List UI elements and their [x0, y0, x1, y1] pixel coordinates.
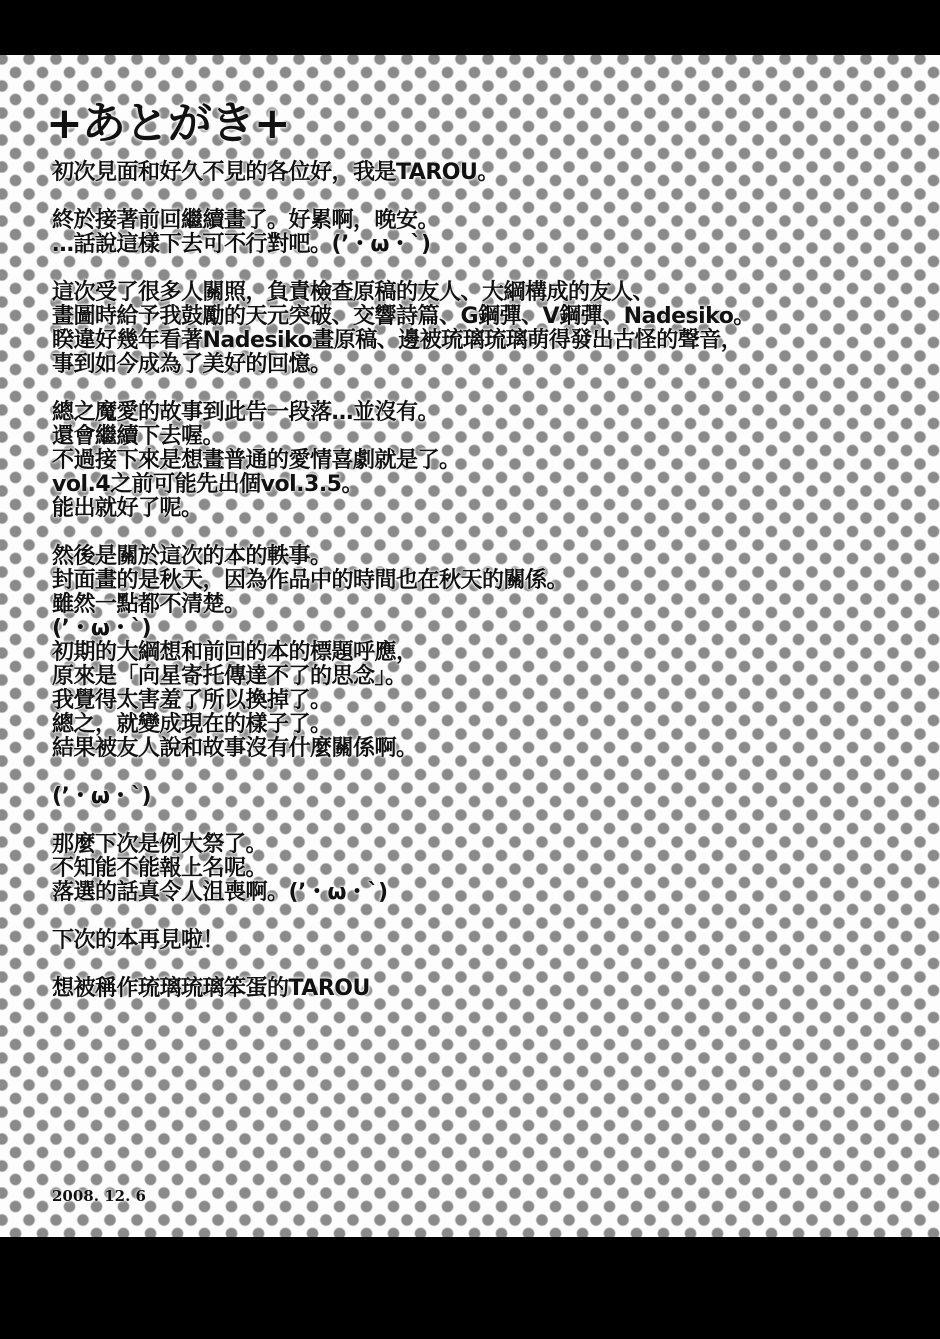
- text-line: (’・ω・`): [52, 617, 912, 641]
- text-line: 封面畫的是秋天，因為作品中的時間也在秋天的關係。: [52, 569, 912, 593]
- text-line: 不知能不能報上名呢。: [52, 857, 912, 881]
- top-black-border: [0, 0, 940, 55]
- paragraph-story-status: 總之魔愛的故事到此告一段落…並沒有。 還會繼續下去喔。 不過接下來是想畫普通的愛…: [52, 401, 912, 521]
- date-stamp: 2008. 12. 6: [52, 1187, 146, 1205]
- text-line: 我覺得太害羞了所以換掉了。: [52, 689, 912, 713]
- paragraph-continuation: 終於接著前回繼續畫了。好累啊，晚安。 …話說這樣下去可不行對吧。(’・ω・`): [52, 209, 912, 257]
- afterword-page: +あとがき+ 初次見面和好久不見的各位好，我是TAROU。 終於接著前回繼續畫了…: [0, 55, 940, 1237]
- text-line: 雖然一點都不清楚。: [52, 593, 912, 617]
- signature-block: 想被稱作琉璃琉璃笨蛋的TAROU: [52, 977, 912, 1001]
- text-line: vol.4之前可能先出個vol.3.5。: [52, 473, 912, 497]
- paragraph-anecdote: 然後是關於這次的本的軼事。 封面畫的是秋天，因為作品中的時間也在秋天的關係。 雖…: [52, 545, 912, 761]
- text-line: 事到如今成為了美好的回憶。: [52, 353, 912, 377]
- text-line: 初次見面和好久不見的各位好，我是TAROU。: [52, 161, 912, 185]
- text-line: 總之魔愛的故事到此告一段落…並沒有。: [52, 401, 912, 425]
- text-line: 結果被友人說和故事沒有什麼關係啊。: [52, 737, 912, 761]
- text-line: 初期的大綱想和前回的本的標題呼應，: [52, 641, 912, 665]
- text-line: 還會繼續下去喔。: [52, 425, 912, 449]
- text-line: 下次的本再見啦！: [52, 929, 912, 953]
- paragraph-next-event: 那麼下次是例大祭了。 不知能不能報上名呢。 落選的話真令人沮喪啊。(’・ω・`): [52, 833, 912, 905]
- text-line: 這次受了很多人關照，負責檢查原稿的友人、大綱構成的友人、: [52, 281, 912, 305]
- text-line: 終於接著前回繼續畫了。好累啊，晚安。: [52, 209, 912, 233]
- paragraph-greeting: 初次見面和好久不見的各位好，我是TAROU。: [52, 161, 912, 185]
- text-line: 落選的話真令人沮喪啊。(’・ω・`): [52, 881, 912, 905]
- text-line: 畫圖時給予我鼓勵的天元突破、交響詩篇、G鋼彈、V鋼彈、Nadesiko。: [52, 305, 912, 329]
- text-line: (’・ω・`): [52, 785, 912, 809]
- text-line: 然後是關於這次的本的軼事。: [52, 545, 912, 569]
- author-signature: 想被稱作琉璃琉璃笨蛋的TAROU: [52, 977, 912, 1001]
- bottom-black-border: [0, 1237, 940, 1339]
- paragraph-thanks: 這次受了很多人關照，負責檢查原稿的友人、大綱構成的友人、 畫圖時給予我鼓勵的天元…: [52, 281, 912, 377]
- text-line: 能出就好了呢。: [52, 497, 912, 521]
- page-title: +あとがき+: [46, 99, 290, 149]
- text-line: 那麼下次是例大祭了。: [52, 833, 912, 857]
- afterword-body: 初次見面和好久不見的各位好，我是TAROU。 終於接著前回繼續畫了。好累啊，晚安…: [52, 161, 912, 1025]
- text-line: 總之，就變成現在的樣子了。: [52, 713, 912, 737]
- text-line: 睽違好幾年看著Nadesiko畫原稿、邊被琉璃琉璃萌得發出古怪的聲音，: [52, 329, 912, 353]
- paragraph-farewell: 下次的本再見啦！: [52, 929, 912, 953]
- text-line: …話說這樣下去可不行對吧。(’・ω・`): [52, 233, 912, 257]
- text-line: 原來是「向星寄托傳達不了的思念」。: [52, 665, 912, 689]
- text-line: 不過接下來是想畫普通的愛情喜劇就是了。: [52, 449, 912, 473]
- paragraph-emoticon: (’・ω・`): [52, 785, 912, 809]
